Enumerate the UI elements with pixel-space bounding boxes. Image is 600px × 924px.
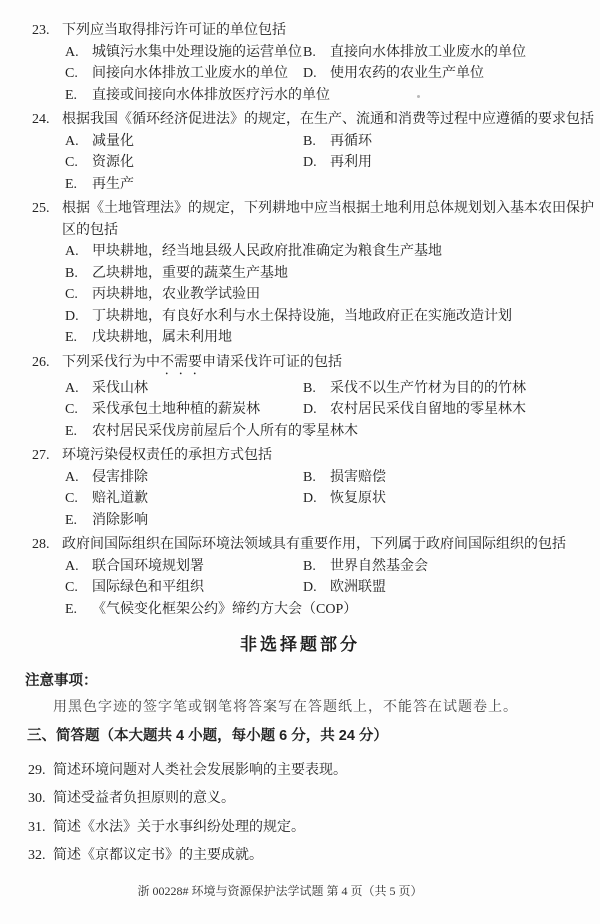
option-text: 采伐不以生产竹材为目的的竹林 (330, 378, 526, 400)
option-text: 联合国环境规划署 (92, 556, 204, 578)
option-letter: B. (303, 131, 330, 153)
multiple-choice-section: 23. 下列应当取得排污许可证的单位包括 A. 城镇污水集中处理设施的运营单位 … (0, 20, 600, 620)
option-text: 减量化 (92, 131, 134, 153)
emphasized-text: 不需要 (160, 355, 202, 370)
option-letter: E. (65, 174, 92, 196)
option-letter: B. (303, 556, 330, 578)
exam-paper-page: 23. 下列应当取得排污许可证的单位包括 A. 城镇污水集中处理设施的运营单位 … (0, 0, 600, 924)
option: A. 城镇污水集中处理设施的运营单位 (65, 42, 303, 64)
short-answer-section: 29. 简述环境问题对人类社会发展影响的主要表现。 30. 简述受益者负担原则的… (0, 760, 600, 867)
short-answer-item: 31. 简述《水法》关于水事纠纷处理的规定。 (0, 817, 600, 839)
option-letter: D. (303, 577, 330, 599)
option-text: 城镇污水集中处理设施的运营单位 (92, 42, 302, 64)
option-text: 《气候变化框架公约》缔约方大会（COP） (92, 599, 357, 621)
option: D. 再利用 (303, 152, 372, 174)
question-number: 29. (28, 760, 46, 782)
section-header: 非选择题部分 (0, 633, 600, 657)
option-letter: D. (303, 399, 330, 421)
question-stem: 环境污染侵权责任的承担方式包括 (62, 448, 272, 463)
page-footer: 浙 00228# 环境与资源保护法学试题 第 4 页（共 5 页） (0, 883, 560, 899)
option-letter: B. (303, 378, 330, 400)
question-stem: 政府间国际组织在国际环境法领域具有重要作用，下列属于政府间国际组织的包括 (62, 537, 566, 552)
notice-text: 用黑色字迹的签字笔或钢笔将答案写在答题纸上，不能答在试题卷上。 (0, 697, 600, 719)
option-text: 再利用 (330, 152, 372, 174)
option-text: 使用农药的农业生产单位 (330, 63, 484, 85)
option-letter: D. (303, 63, 330, 85)
option: B. 损害赔偿 (303, 467, 386, 489)
scan-artifact-dot (417, 95, 420, 98)
option-letter: E. (65, 327, 92, 349)
option-text: 直接或间接向水体排放医疗污水的单位 (92, 85, 330, 107)
short-answer-item: 32. 简述《京都议定书》的主要成就。 (0, 845, 600, 867)
option-text: 恢复原状 (330, 488, 386, 510)
option-text: 采伐承包土地种植的薪炭林 (92, 399, 260, 421)
option: E. 直接或间接向水体排放医疗污水的单位 (65, 85, 330, 107)
option-text: 国际绿色和平组织 (92, 577, 204, 599)
question-stem: 根据《土地管理法》的规定，下列耕地中应当根据土地利用总体规划划入基本农田保护 (62, 201, 594, 216)
notice-label: 注意事项： (0, 671, 600, 693)
option-letter: C. (65, 399, 92, 421)
option-text: 损害赔偿 (330, 467, 386, 489)
option: E. 消除影响 (65, 510, 148, 532)
question-number: 30. (28, 788, 46, 810)
question-23: 23. 下列应当取得排污许可证的单位包括 A. 城镇污水集中处理设施的运营单位 … (0, 20, 600, 106)
option-letter: A. (65, 241, 92, 263)
option: B. 再循环 (303, 131, 372, 153)
option-letter: B. (303, 467, 330, 489)
question-number: 27. (32, 445, 50, 467)
option-letter: E. (65, 421, 92, 443)
option: A. 减量化 (65, 131, 303, 153)
option-text: 采伐山林 (92, 378, 148, 400)
option-letter: C. (65, 488, 92, 510)
question-stem: 根据我国《循环经济促进法》的规定，在生产、流通和消费等过程中应遵循的要求包括 (62, 112, 594, 127)
question-number: 28. (32, 534, 50, 556)
option-letter: C. (65, 63, 92, 85)
question-number: 25. (32, 198, 50, 220)
question-25: 25. 根据《土地管理法》的规定，下列耕地中应当根据土地利用总体规划划入基本农田… (0, 198, 600, 349)
option-letter: E. (65, 510, 92, 532)
option: E. 再生产 (65, 174, 134, 196)
option: D. 使用农药的农业生产单位 (303, 63, 484, 85)
option: C. 间接向水体排放工业废水的单位 (65, 63, 303, 85)
option: B. 乙块耕地，重要的蔬菜生产基地 (65, 263, 288, 285)
option-letter: C. (65, 152, 92, 174)
option-text: 消除影响 (92, 510, 148, 532)
option-text: 世界自然基金会 (330, 556, 428, 578)
question-number: 24. (32, 109, 50, 131)
option-text: 乙块耕地，重要的蔬菜生产基地 (92, 263, 288, 285)
option-text: 赔礼道歉 (92, 488, 148, 510)
option-letter: A. (65, 556, 92, 578)
option-text: 欧洲联盟 (330, 577, 386, 599)
option: C. 资源化 (65, 152, 303, 174)
option-letter: D. (303, 152, 330, 174)
option: C. 国际绿色和平组织 (65, 577, 303, 599)
question-28: 28. 政府间国际组织在国际环境法领域具有重要作用，下列属于政府间国际组织的包括… (0, 534, 600, 620)
option-text: 戊块耕地，属未利用地 (92, 327, 232, 349)
option-text: 丁块耕地，有良好水利与水土保持设施，当地政府正在实施改造计划 (92, 306, 512, 328)
option: A. 联合国环境规划署 (65, 556, 303, 578)
option-letter: A. (65, 378, 92, 400)
option-letter: E. (65, 599, 92, 621)
option-letter: A. (65, 131, 92, 153)
option-letter: A. (65, 42, 92, 64)
option: E. 《气候变化框架公约》缔约方大会（COP） (65, 599, 357, 621)
option-text: 再生产 (92, 174, 134, 196)
option: C. 赔礼道歉 (65, 488, 303, 510)
question-number: 23. (32, 20, 50, 42)
option: A. 甲块耕地，经当地县级人民政府批准确定为粮食生产基地 (65, 241, 442, 263)
question-number: 31. (28, 817, 46, 839)
option: B. 世界自然基金会 (303, 556, 428, 578)
option: E. 农村居民采伐房前屋后个人所有的零星林木 (65, 421, 358, 443)
option-letter: C. (65, 284, 92, 306)
option-letter: E. (65, 85, 92, 107)
part-heading: 三、简答题（本大题共 4 小题，每小题 6 分，共 24 分） (0, 726, 600, 748)
question-27: 27. 环境污染侵权责任的承担方式包括 A. 侵害排除 B. 损害赔偿 C. 赔… (0, 445, 600, 531)
question-number: 26. (32, 352, 50, 374)
option: C. 采伐承包土地种植的薪炭林 (65, 399, 303, 421)
option-text: 甲块耕地，经当地县级人民政府批准确定为粮食生产基地 (92, 241, 442, 263)
short-answer-item: 30. 简述受益者负担原则的意义。 (0, 788, 600, 810)
option: D. 恢复原状 (303, 488, 386, 510)
option-letter: D. (65, 306, 92, 328)
option: D. 丁块耕地，有良好水利与水土保持设施，当地政府正在实施改造计划 (65, 306, 512, 328)
option-letter: B. (65, 263, 92, 285)
option-text: 间接向水体排放工业废水的单位 (92, 63, 288, 85)
option-letter: D. (303, 488, 330, 510)
option-letter: A. (65, 467, 92, 489)
option: A. 采伐山林 (65, 378, 303, 400)
option-letter: C. (65, 577, 92, 599)
option: B. 采伐不以生产竹材为目的的竹林 (303, 378, 526, 400)
question-stem: 下列应当取得排污许可证的单位包括 (62, 23, 286, 38)
question-26: 26. 下列采伐行为中不需要申请采伐许可证的包括 A. 采伐山林 B. 采伐不以… (0, 352, 600, 443)
option: B. 直接向水体排放工业废水的单位 (303, 42, 526, 64)
question-stem-continued: 区的包括 (0, 220, 600, 242)
question-number: 32. (28, 845, 46, 867)
option-text: 资源化 (92, 152, 134, 174)
question-stem: 下列采伐行为中不需要申请采伐许可证的包括 (62, 355, 342, 370)
option: E. 戊块耕地，属未利用地 (65, 327, 232, 349)
short-answer-text: 简述环境问题对人类社会发展影响的主要表现。 (0, 760, 347, 782)
option: C. 丙块耕地，农业教学试验田 (65, 284, 260, 306)
option-text: 再循环 (330, 131, 372, 153)
short-answer-text: 简述《水法》关于水事纠纷处理的规定。 (0, 817, 305, 839)
short-answer-item: 29. 简述环境问题对人类社会发展影响的主要表现。 (0, 760, 600, 782)
option-text: 农村居民采伐自留地的零星林木 (330, 399, 526, 421)
option: D. 农村居民采伐自留地的零星林木 (303, 399, 526, 421)
option: A. 侵害排除 (65, 467, 303, 489)
option: D. 欧洲联盟 (303, 577, 386, 599)
question-24: 24. 根据我国《循环经济促进法》的规定，在生产、流通和消费等过程中应遵循的要求… (0, 109, 600, 195)
option-letter: B. (303, 42, 330, 64)
option-text: 侵害排除 (92, 467, 148, 489)
option-text: 直接向水体排放工业废水的单位 (330, 42, 526, 64)
option-text: 农村居民采伐房前屋后个人所有的零星林木 (92, 421, 358, 443)
option-text: 丙块耕地，农业教学试验田 (92, 284, 260, 306)
